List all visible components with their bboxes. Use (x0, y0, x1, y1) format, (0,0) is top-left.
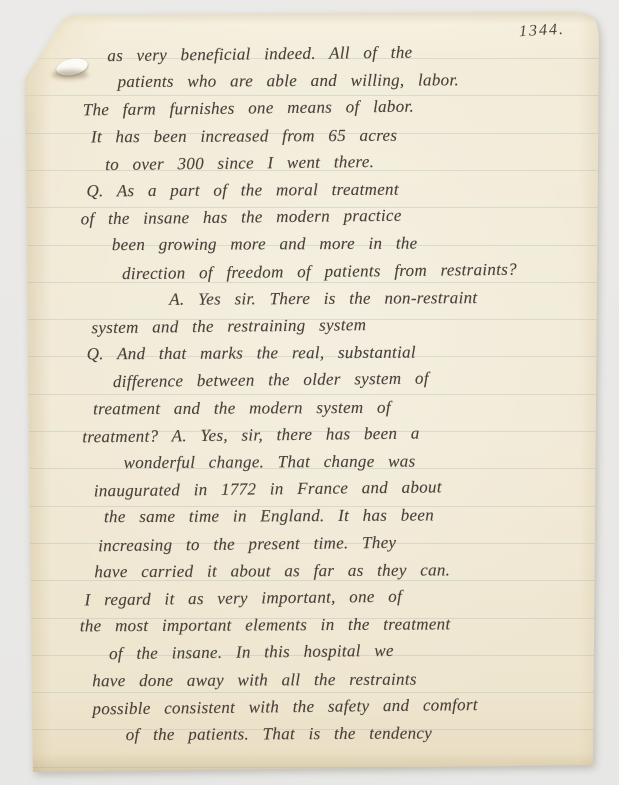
handwritten-line: It has been increased from 65 acres (91, 125, 397, 147)
manuscript-page: 1344. as very beneficial indeed. All of … (25, 12, 599, 772)
handwritten-line: possible consistent with the safety and … (92, 695, 478, 719)
handwritten-line: A. Yes sir. There is the non-restraint (169, 288, 477, 310)
handwritten-line: have done away with all the restraints (92, 669, 417, 691)
handwritten-line: to over 300 since I went there. (105, 152, 374, 175)
handwritten-line: direction of freedom of patients from re… (122, 259, 517, 283)
handwritten-line: treatment and the modern system of (93, 397, 391, 419)
handwritten-line: treatment? A. Yes, sir, there has been a (82, 423, 419, 447)
handwritten-text: as very beneficial indeed. All of thepat… (22, 10, 602, 774)
handwritten-line: of the insane has the modern practice (81, 206, 402, 230)
handwritten-line: I regard it as very important, one of (85, 587, 403, 611)
handwritten-line: inaugurated in 1772 in France and about (94, 478, 442, 502)
handwritten-line: been growing more and more in the (112, 234, 418, 256)
handwritten-line: Q. As a part of the moral treatment (86, 180, 399, 202)
scan-area: 1344. as very beneficial indeed. All of … (0, 0, 619, 785)
handwritten-line: the most important elements in the treat… (80, 615, 451, 637)
handwritten-line: wonderful change. That change was (124, 452, 416, 474)
handwritten-line: of the patients. That is the tendency (126, 723, 432, 745)
handwritten-line: Q. And that marks the real, substantial (87, 343, 416, 365)
handwritten-line: difference between the older system of (113, 369, 429, 393)
handwritten-line: system and the restraining system (91, 315, 366, 338)
handwritten-line: as very beneficial indeed. All of the (107, 43, 412, 66)
handwritten-line: The farm furnishes one means of labor. (83, 97, 414, 121)
handwritten-line: the same time in England. It has been (104, 506, 434, 528)
handwritten-line: have carried it about as far as they can… (94, 560, 450, 582)
handwritten-line: patients who are able and willing, labor… (118, 70, 460, 92)
handwritten-line: of the insane. In this hospital we (109, 641, 394, 664)
handwritten-line: increasing to the present time. They (98, 532, 396, 555)
